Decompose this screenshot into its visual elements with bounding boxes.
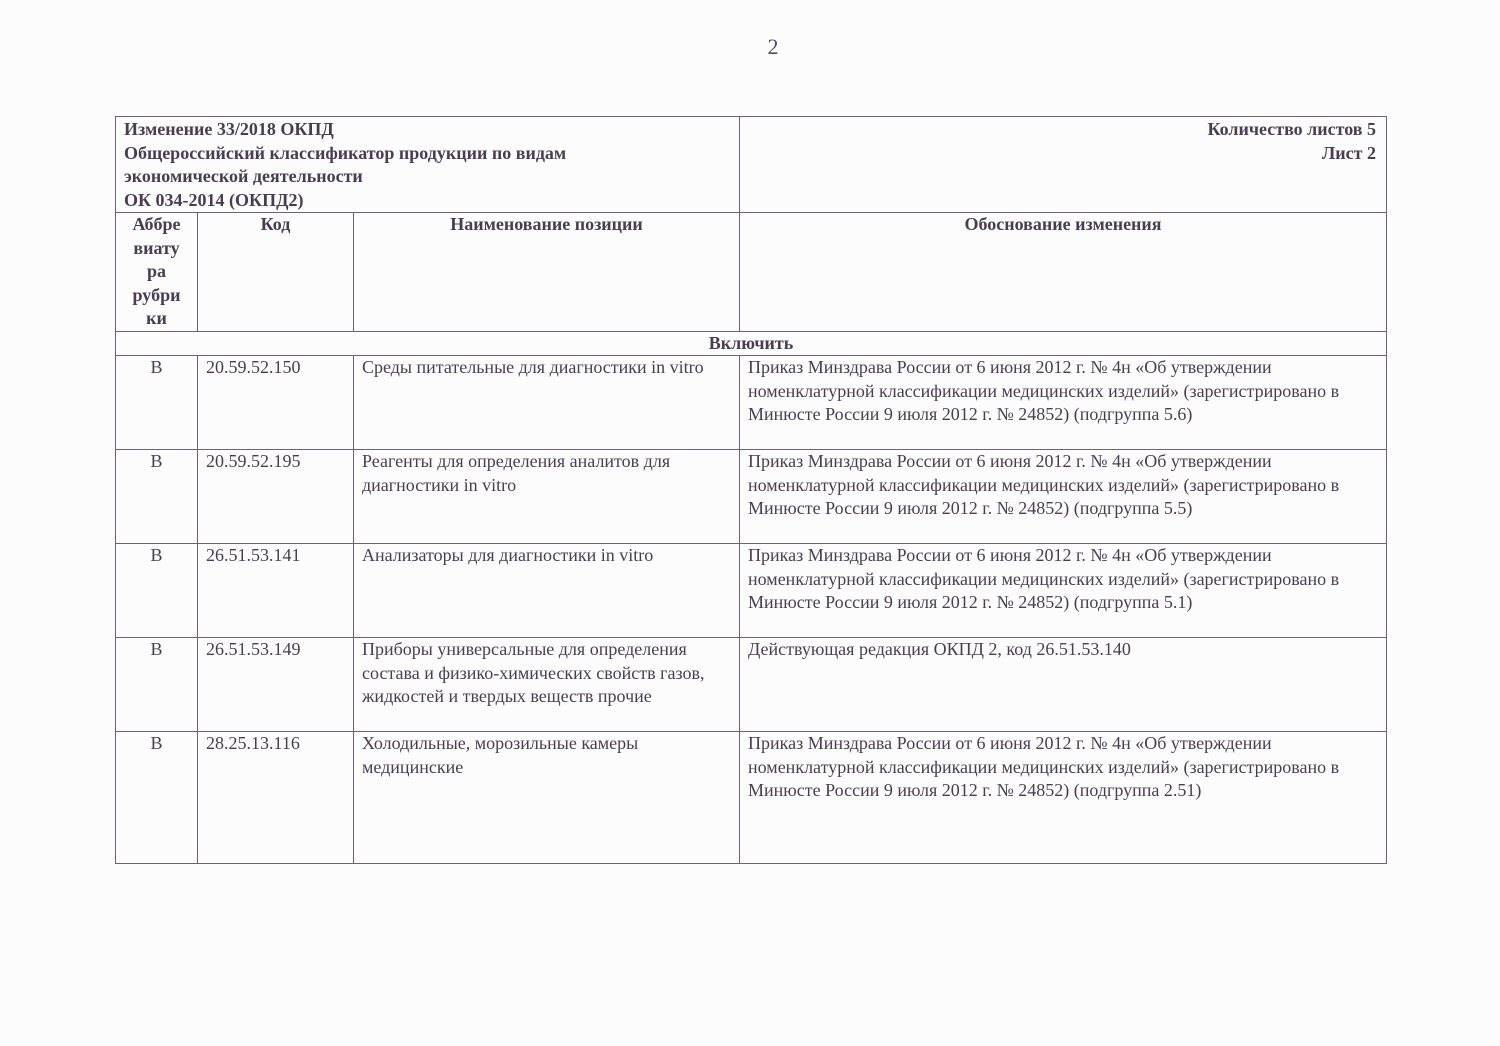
change-table: Изменение 33/2018 ОКПД Общероссийский кл… (115, 116, 1387, 864)
abbr-line: ра (118, 260, 195, 284)
cell-code: 26.51.53.141 (198, 544, 354, 638)
column-header-code: Код (198, 213, 354, 332)
cell-name: Приборы универсальные для определения со… (354, 638, 740, 732)
table-row: В 26.51.53.149 Приборы универсальные для… (116, 638, 1387, 732)
cell-name: Реагенты для определения аналитов для ди… (354, 450, 740, 544)
cell-abbr: В (116, 356, 198, 450)
column-header-name: Наименование позиции (354, 213, 740, 332)
cell-code: 28.25.13.116 (198, 732, 354, 864)
title-line: Изменение 33/2018 ОКПД (124, 118, 731, 142)
table-row: В 28.25.13.116 Холодильные, морозильные … (116, 732, 1387, 864)
cell-justification: Приказ Минздрава России от 6 июня 2012 г… (740, 544, 1387, 638)
table-row: В 26.51.53.141 Анализаторы для диагности… (116, 544, 1387, 638)
cell-abbr: В (116, 638, 198, 732)
cell-abbr: В (116, 450, 198, 544)
sheet-number: Лист 2 (748, 142, 1376, 166)
abbr-line: Аббре (118, 213, 195, 237)
document-header-row: Изменение 33/2018 ОКПД Общероссийский кл… (116, 117, 1387, 213)
abbr-line: рубри (118, 284, 195, 308)
sheet-info: Количество листов 5 Лист 2 (740, 117, 1387, 213)
column-header-abbr: Аббре виату ра рубри ки (116, 213, 198, 332)
title-line: ОК 034-2014 (ОКПД2) (124, 189, 731, 213)
cell-code: 26.51.53.149 (198, 638, 354, 732)
abbr-line: ки (118, 307, 195, 331)
cell-name: Холодильные, морозильные камеры медицинс… (354, 732, 740, 864)
cell-code: 20.59.52.150 (198, 356, 354, 450)
cell-justification: Действующая редакция ОКПД 2, код 26.51.5… (740, 638, 1387, 732)
cell-abbr: В (116, 544, 198, 638)
cell-name: Анализаторы для диагностики in vitro (354, 544, 740, 638)
cell-name: Среды питательные для диагностики in vit… (354, 356, 740, 450)
section-row: Включить (116, 331, 1387, 356)
sheet-count: Количество листов 5 (748, 118, 1376, 142)
cell-abbr: В (116, 732, 198, 864)
title-line: экономической деятельности (124, 165, 731, 189)
abbr-line: виату (118, 237, 195, 261)
title-line: Общероссийский классификатор продукции п… (124, 142, 731, 166)
cell-justification: Приказ Минздрава России от 6 июня 2012 г… (740, 356, 1387, 450)
column-header-row: Аббре виату ра рубри ки Код Наименование… (116, 213, 1387, 332)
cell-justification: Приказ Минздрава России от 6 июня 2012 г… (740, 450, 1387, 544)
table-row: В 20.59.52.195 Реагенты для определения … (116, 450, 1387, 544)
column-header-justification: Обоснование изменения (740, 213, 1387, 332)
section-title: Включить (116, 331, 1387, 356)
cell-code: 20.59.52.195 (198, 450, 354, 544)
page-number: 2 (0, 34, 1500, 60)
table-row: В 20.59.52.150 Среды питательные для диа… (116, 356, 1387, 450)
document-title: Изменение 33/2018 ОКПД Общероссийский кл… (116, 117, 740, 213)
cell-justification: Приказ Минздрава России от 6 июня 2012 г… (740, 732, 1387, 864)
